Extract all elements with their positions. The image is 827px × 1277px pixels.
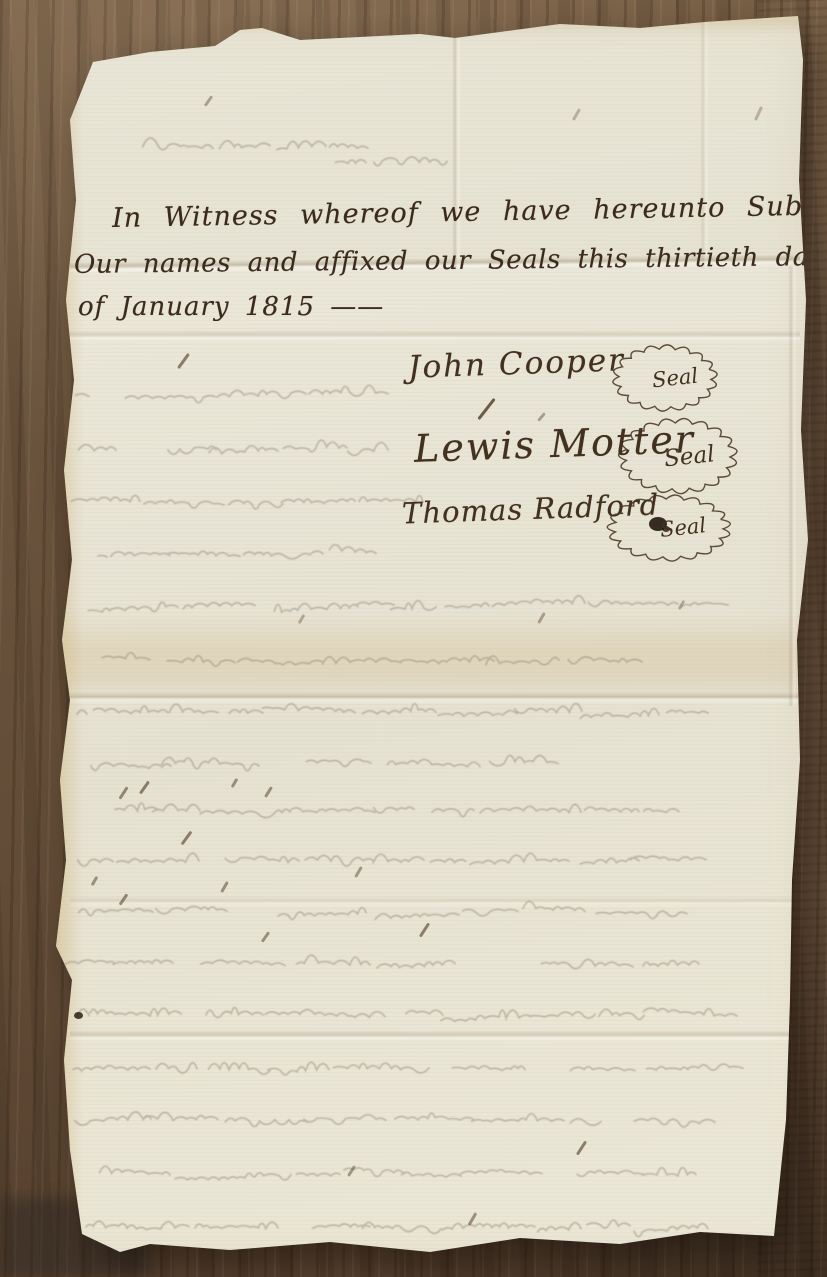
fold-crease-vertical	[700, 18, 709, 268]
document-paper: In Witness whereof we have hereunto Subs…	[0, 0, 827, 1277]
seal-label: Seal	[651, 364, 699, 393]
ink-fleck	[181, 831, 193, 846]
bleedthrough-line	[80, 1054, 760, 1080]
bleedthrough-line	[85, 898, 720, 924]
photo-of-document: In Witness whereof we have hereunto Subs…	[0, 0, 827, 1277]
bleedthrough-line	[95, 750, 580, 776]
bleedthrough-line	[80, 1000, 750, 1026]
body-text-line: Our names and affixed our Seals this thi…	[74, 242, 824, 280]
ink-fleck	[261, 931, 270, 943]
bleedthrough-line	[86, 434, 421, 460]
ink-fleck	[91, 876, 99, 886]
ink-fleck	[177, 353, 190, 369]
fold-crease-vertical	[788, 266, 797, 706]
ink-fleck	[537, 412, 546, 422]
document-paper-wrap: In Witness whereof we have hereunto Subs…	[0, 0, 827, 1277]
bleedthrough-line	[95, 1160, 720, 1186]
bleedthrough-line	[75, 950, 735, 976]
bleedthrough-line	[82, 698, 727, 724]
ink-fleck	[576, 1140, 587, 1155]
ink-fleck	[220, 881, 229, 893]
worn-edge-top	[80, 16, 805, 36]
signature-john-cooper: John Cooper	[407, 342, 625, 386]
bleedthrough-line	[120, 796, 705, 822]
bleedthrough-line	[85, 846, 735, 872]
bleedthrough-line	[345, 146, 495, 172]
seal-label: Seal	[659, 513, 707, 542]
bleedthrough-line	[85, 1212, 735, 1238]
seal-label: Seal	[663, 441, 716, 472]
bleedthrough-line	[95, 590, 740, 616]
ink-blot	[60, 679, 67, 689]
bleedthrough-line	[90, 1106, 735, 1132]
bleedthrough-line	[88, 380, 418, 406]
bleedthrough-line	[90, 646, 695, 672]
ink-fleck	[231, 778, 239, 788]
bleedthrough-line	[84, 488, 434, 514]
seal-drawing: Seal	[602, 486, 736, 570]
ink-fleck	[477, 398, 495, 420]
ink-blot	[74, 1012, 83, 1019]
fold-crease	[70, 1030, 800, 1042]
ink-fleck	[419, 922, 430, 937]
bleedthrough-line	[100, 540, 400, 566]
body-text-line: of January 1815 ——	[78, 292, 384, 322]
ink-fleck	[139, 780, 150, 794]
ink-fleck	[176, 1253, 193, 1265]
